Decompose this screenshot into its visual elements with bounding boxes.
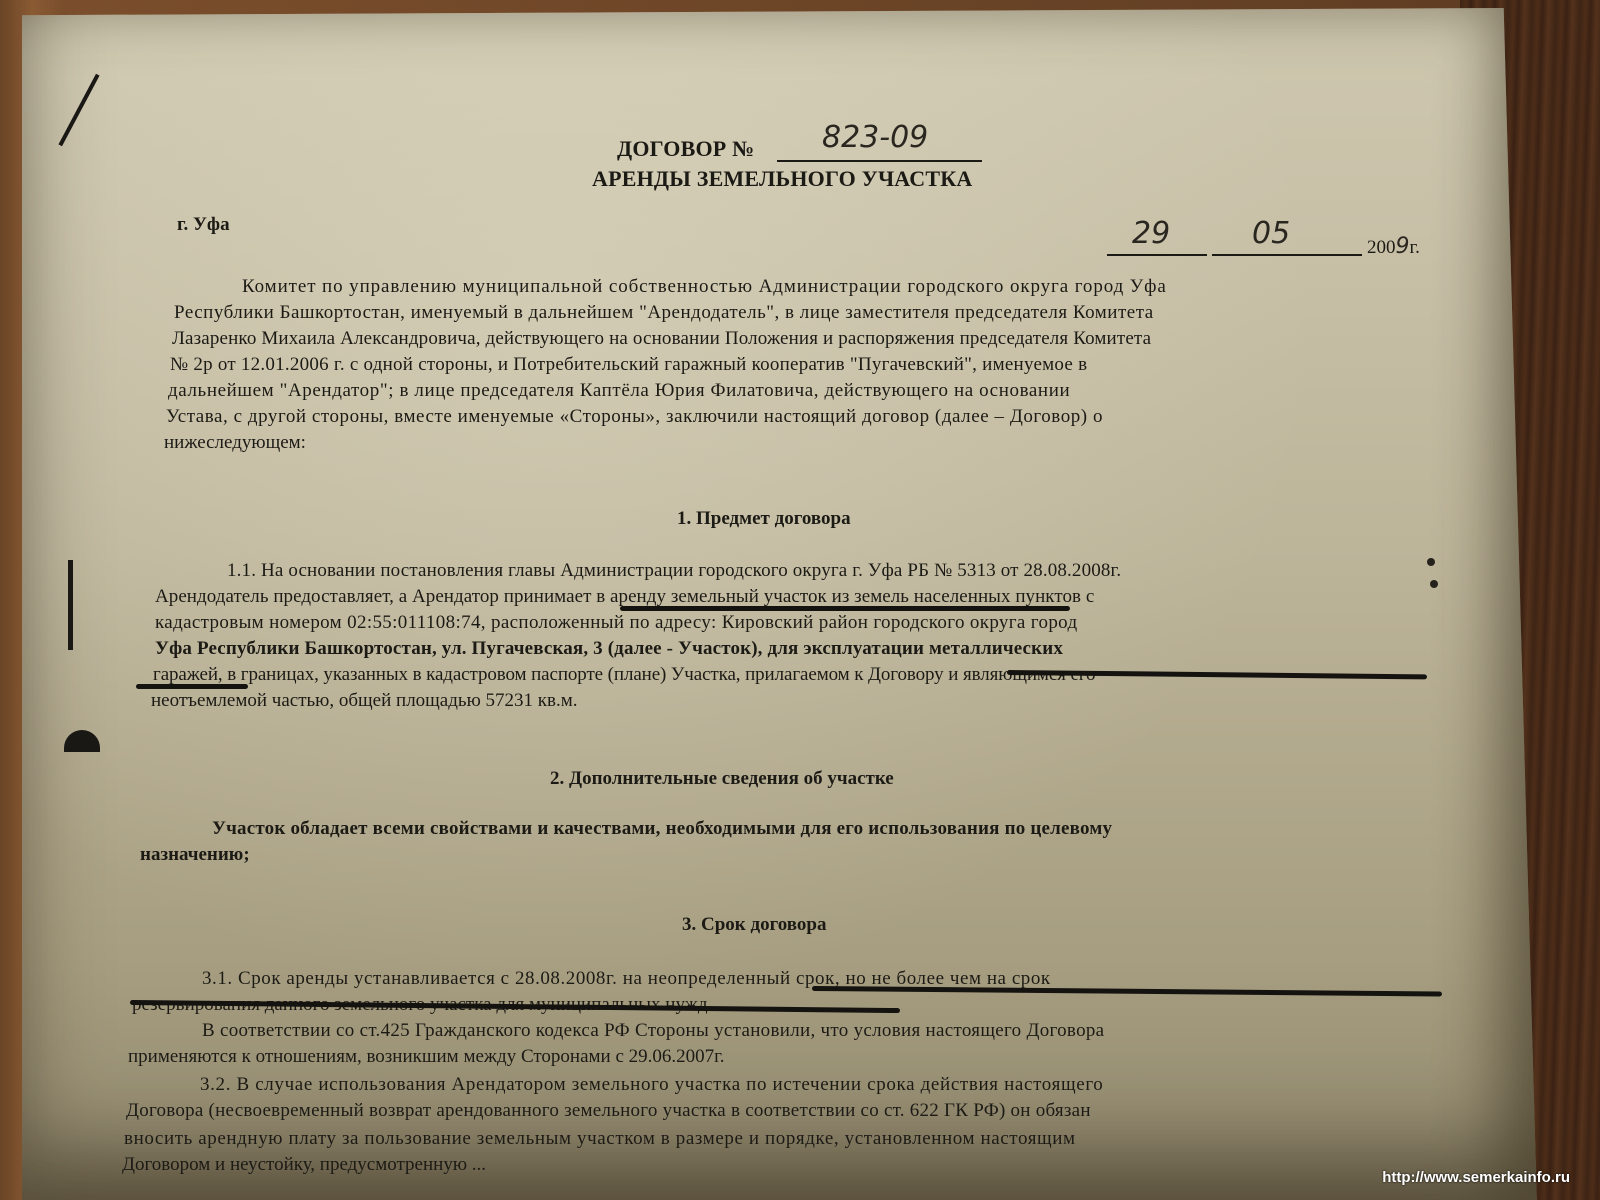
title-line2: АРЕНДЫ ЗЕМЕЛЬНОГО УЧАСТКА (592, 166, 973, 192)
section1-line: неотъемлемой частью, общей площадью 5723… (151, 690, 578, 712)
section2-line: назначению; (140, 844, 250, 866)
watermark-url: http://www.semerkainfo.ru (1382, 1169, 1570, 1186)
preamble-line: Комитет по управлению муниципальной собс… (242, 276, 1167, 298)
dot-mark-icon (1430, 580, 1438, 588)
preamble-line: дальнейшем "Арендатор"; в лице председат… (168, 380, 1070, 402)
section1-line: Арендодатель предоставляет, а Арендатор … (155, 586, 1094, 608)
hole-punch-icon (64, 730, 100, 752)
section1-line: Уфа Республики Башкортостан, ул. Пугачев… (155, 638, 1063, 660)
title-prefix: ДОГОВОР № (617, 136, 754, 161)
document-page: ДОГОВОР № 823-09 АРЕНДЫ ЗЕМЕЛЬНОГО УЧАСТ… (22, 8, 1537, 1200)
year-prefix: 200 (1367, 237, 1396, 258)
section1-heading: 1. Предмет договора (677, 508, 851, 530)
highlight-strike (812, 986, 1442, 996)
section2-heading: 2. Дополнительные сведения об участке (550, 768, 894, 790)
date-day: 29 (1132, 216, 1170, 251)
title-line1: ДОГОВОР № (617, 136, 754, 162)
year-digit: 9 (1396, 234, 1410, 259)
section3-line: вносить арендную плату за пользование зе… (124, 1128, 1076, 1150)
date-month: 05 (1252, 216, 1290, 251)
preamble-line: Лазаренко Михаила Александровича, действ… (172, 328, 1151, 350)
dot-mark-icon (1427, 558, 1435, 566)
section3-line: Договором и неустойку, предусмотренную .… (122, 1154, 486, 1176)
section1-line: 1.1. На основании постановления главы Ад… (227, 560, 1121, 582)
city: г. Уфа (177, 214, 230, 236)
section3-line: применяются к отношениям, возникшим межд… (128, 1046, 725, 1068)
margin-bracket-icon (68, 560, 73, 650)
year-suffix: г. (1410, 237, 1420, 258)
preamble-line: нижеследующем: (164, 432, 306, 454)
date-year: 2009г. (1367, 234, 1420, 259)
section3-line: 3.2. В случае использования Арендатором … (200, 1074, 1103, 1096)
section1-line: кадастровым номером 02:55:011108:74, рас… (155, 612, 1078, 634)
section3-heading: 3. Срок договора (682, 914, 826, 936)
contract-number-underline (777, 160, 982, 162)
contract-number: 823-09 (822, 120, 928, 155)
section3-line: В соответствии со ст.425 Гражданского ко… (202, 1020, 1104, 1042)
date-month-underline (1212, 254, 1362, 256)
highlight-strike (620, 606, 1070, 611)
preamble-line: Устава, с другой стороны, вместе именуем… (166, 406, 1103, 428)
section1-line: гаражей, в границах, указанных в кадастр… (153, 664, 1095, 686)
highlight-strike (136, 684, 248, 689)
section2-line: Участок обладает всеми свойствами и каче… (212, 818, 1112, 840)
section3-line: Договора (несвоевременный возврат арендо… (126, 1100, 1091, 1122)
date-day-underline (1107, 254, 1207, 256)
preamble-line: Республики Башкортостан, именуемый в дал… (174, 302, 1154, 324)
pen-mark-icon (58, 74, 99, 147)
preamble-line: № 2р от 12.01.2006 г. с одной стороны, и… (170, 354, 1087, 376)
